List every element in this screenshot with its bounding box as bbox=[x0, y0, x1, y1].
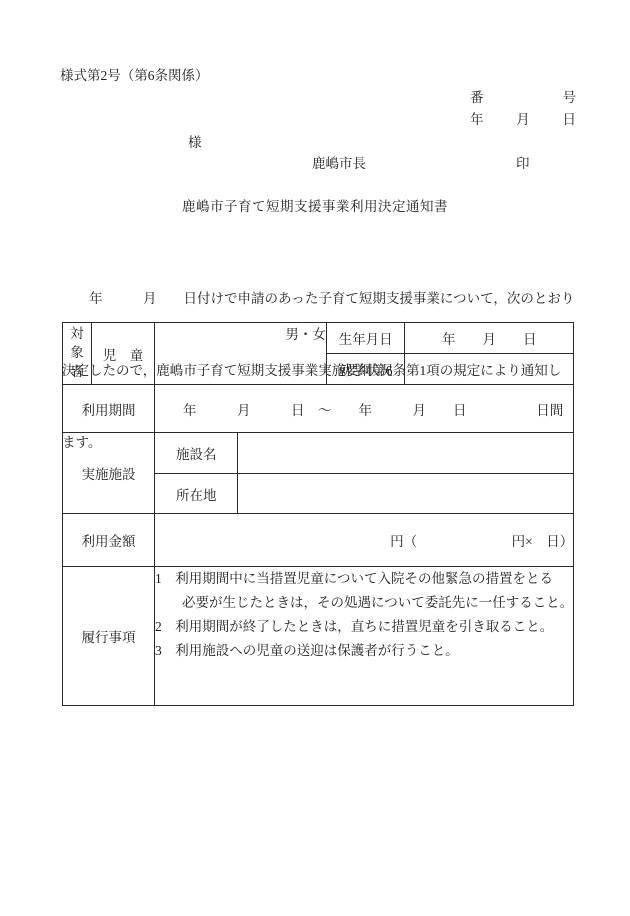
birth-date-value: 年 月 日 bbox=[442, 332, 537, 347]
amount-label: 利用金額 bbox=[82, 534, 136, 549]
facility-label-cell: 実施施設 bbox=[63, 433, 155, 514]
sender-name: 鹿嶋市長 bbox=[312, 152, 366, 172]
school-status-value-cell bbox=[405, 354, 574, 385]
body-line: 年 月 日付けで申請のあった子育て短期支援事業について，次のとおり bbox=[62, 287, 574, 311]
obligation-line: 2 利用期間が終了したときは，直ちに措置児童を引き取ること。 bbox=[155, 615, 573, 639]
school-status-label: 就学状況 bbox=[339, 363, 393, 378]
usage-period-value: 年 月 日 ～ 年 月 日 bbox=[183, 399, 467, 419]
obligation-line: 3 利用施設への児童の送迎は保護者が行うこと。 bbox=[155, 639, 573, 663]
usage-period-label-cell: 利用期間 bbox=[63, 385, 155, 433]
school-status-label-cell: 就学状況 bbox=[326, 354, 404, 385]
obligations-label-cell: 履行事項 bbox=[63, 567, 155, 706]
target-row-label: 対象者 bbox=[70, 325, 84, 382]
birth-date-value-cell: 年 月 日 bbox=[405, 323, 574, 354]
date-month: 月 bbox=[516, 108, 530, 128]
date-day: 日 bbox=[563, 108, 577, 128]
date-line: 年 月 日 bbox=[470, 108, 576, 128]
child-label-cell: 児 童 bbox=[92, 323, 155, 385]
gender-options: 男・女 bbox=[285, 327, 326, 342]
usage-period-value-cell: 年 月 日 ～ 年 月 日 日間 bbox=[155, 385, 574, 433]
obligation-line: 必要が生じたときは，その処遇について委託先に一任すること。 bbox=[155, 591, 573, 615]
facility-address-label: 所在地 bbox=[176, 488, 217, 503]
ref-number-go: 号 bbox=[563, 86, 577, 106]
date-year: 年 bbox=[470, 108, 484, 128]
birth-date-label-cell: 生年月日 bbox=[326, 323, 404, 354]
facility-address-value-cell bbox=[238, 474, 574, 514]
child-name-field: 男・女 bbox=[155, 323, 327, 385]
facility-name-value-cell bbox=[238, 433, 574, 474]
ref-number-ban: 番 bbox=[470, 86, 484, 106]
obligations-label: 履行事項 bbox=[82, 630, 136, 645]
decision-table: 対象者 児 童 男・女 生年月日 年 月 日 就学状況 bbox=[62, 322, 574, 706]
amount-label-cell: 利用金額 bbox=[63, 514, 155, 567]
target-row-label-cell: 対象者 bbox=[63, 323, 92, 385]
document-page: 様式第2号（第6条関係） 番 号 年 月 日 様 鹿嶋市長 印 鹿嶋市子育て短期… bbox=[0, 0, 630, 916]
facility-label: 実施施設 bbox=[82, 467, 136, 482]
birth-date-label: 生年月日 bbox=[339, 332, 393, 347]
document-title: 鹿嶋市子育て短期支援事業利用決定通知書 bbox=[0, 195, 630, 215]
usage-period-label: 利用期間 bbox=[82, 403, 136, 418]
form-number-label: 様式第2号（第6条関係） bbox=[60, 64, 209, 84]
facility-name-label-cell: 施設名 bbox=[155, 433, 238, 474]
ref-number-line: 番 号 bbox=[470, 86, 576, 106]
facility-address-label-cell: 所在地 bbox=[155, 474, 238, 514]
obligation-line: 1 利用期間中に当措置児童について入院その他緊急の措置をとる bbox=[155, 567, 573, 591]
facility-name-label: 施設名 bbox=[176, 447, 217, 462]
child-label: 児 童 bbox=[103, 348, 144, 363]
obligations-list: 1 利用期間中に当措置児童について入院その他緊急の措置をとる 必要が生じたときは… bbox=[155, 567, 574, 706]
addressee-suffix: 様 bbox=[188, 131, 202, 151]
amount-value-cell: 円（ 円× 日） bbox=[155, 514, 574, 567]
usage-period-unit: 日間 bbox=[536, 399, 563, 419]
amount-value: 円（ 円× 日） bbox=[390, 534, 573, 549]
seal-mark: 印 bbox=[516, 152, 530, 172]
